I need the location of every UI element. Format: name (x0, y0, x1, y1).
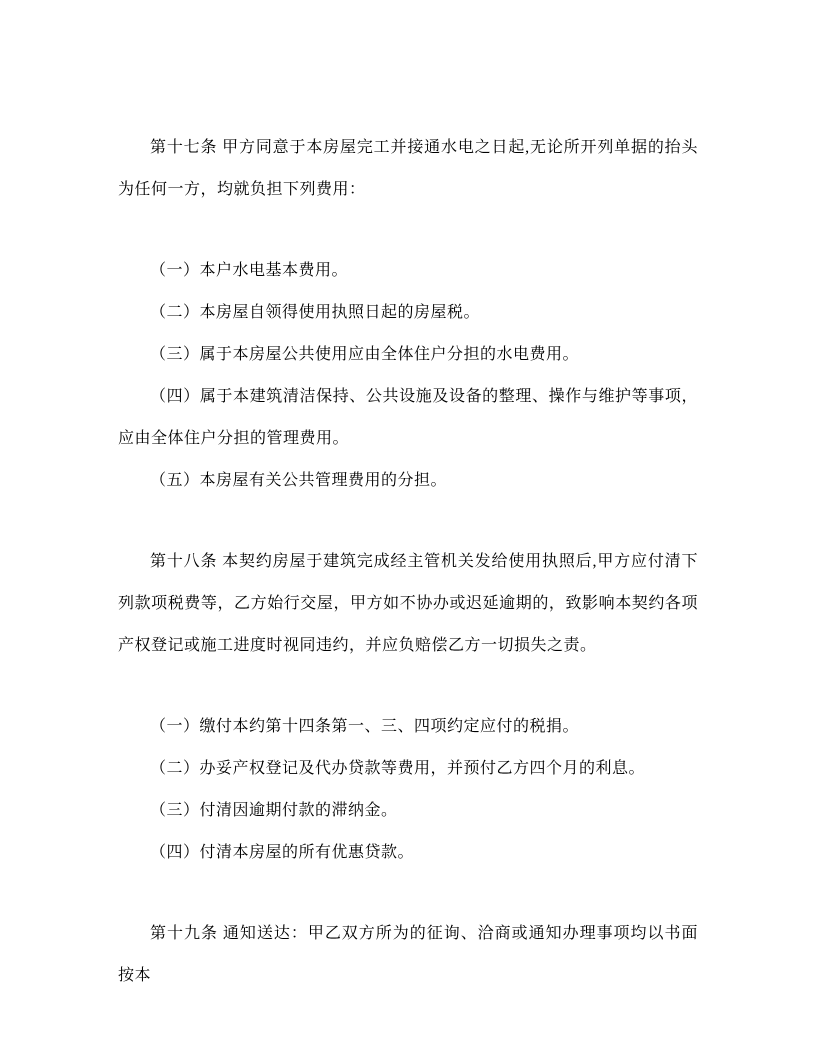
article-17-item-2: （二）本房屋自领得使用执照日起的房屋税。 (118, 292, 698, 334)
article-18-paragraph: 第十八条 本契约房屋于建筑完成经主管机关发给使用执照后,甲方应付清下列款项税费等… (118, 541, 698, 667)
article-18-item-3: （三）付清因逾期付款的滞纳金。 (118, 790, 698, 832)
article-17-item-4: （四）属于本建筑清洁保持、公共设施及设备的整理、操作与维护等事项，应由全体住户分… (118, 376, 698, 460)
article-18: 第十八条 本契约房屋于建筑完成经主管机关发给使用执照后,甲方应付清下列款项税费等… (118, 541, 698, 667)
article-18-item-1: （一）缴付本约第十四条第一、三、四项约定应付的税捐。 (118, 706, 698, 748)
article-19: 第十九条 通知送达：甲乙双方所为的征询、洽商或通知办理事项均以书面按本 (118, 913, 698, 997)
article-17-item-3: （三）属于本房屋公共使用应由全体住户分担的水电费用。 (118, 334, 698, 376)
contract-document-page: 第十七条 甲方同意于本房屋完工并接通水电之日起,无论所开列单据的抬头为任何一方，… (0, 0, 816, 1056)
article-18-item-2: （二）办妥产权登记及代办贷款等费用，并预付乙方四个月的利息。 (118, 748, 698, 790)
article-17-items: （一）本户水电基本费用。 （二）本房屋自领得使用执照日起的房屋税。 （三）属于本… (118, 250, 698, 502)
article-18-item-4: （四）付清本房屋的所有优惠贷款。 (118, 832, 698, 874)
article-17-item-5: （五）本房屋有关公共管理费用的分担。 (118, 460, 698, 502)
article-18-items: （一）缴付本约第十四条第一、三、四项约定应付的税捐。 （二）办妥产权登记及代办贷… (118, 706, 698, 874)
article-17-item-1: （一）本户水电基本费用。 (118, 250, 698, 292)
article-17: 第十七条 甲方同意于本房屋完工并接通水电之日起,无论所开列单据的抬头为任何一方，… (118, 127, 698, 211)
article-17-paragraph: 第十七条 甲方同意于本房屋完工并接通水电之日起,无论所开列单据的抬头为任何一方，… (118, 127, 698, 211)
article-19-paragraph: 第十九条 通知送达：甲乙双方所为的征询、洽商或通知办理事项均以书面按本 (118, 913, 698, 997)
